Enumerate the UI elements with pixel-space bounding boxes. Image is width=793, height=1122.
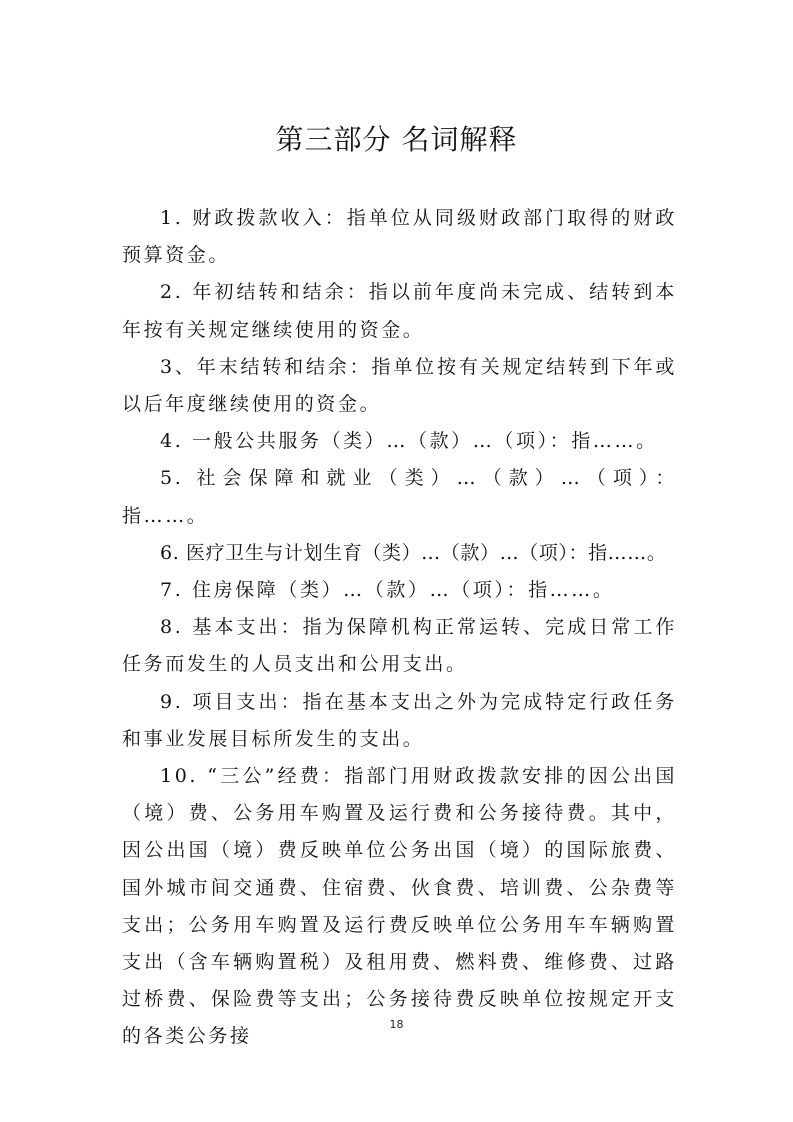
page-number: 18 <box>0 1018 793 1031</box>
definition-paragraph-1: 1. 财政拨款收入：指单位从同级财政部门取得的财政预算资金。 <box>122 200 677 274</box>
definition-paragraph-10: 10. “三公”经费：指部门用财政拨款安排的因公出国（境）费、公务用车购置及运行… <box>122 758 677 1056</box>
definition-paragraph-8: 8. 基本支出：指为保障机构正常运转、完成日常工作任务而发生的人员支出和公用支出… <box>122 609 677 683</box>
page-title: 第三部分 名词解释 <box>0 118 793 158</box>
document-body: 1. 财政拨款收入：指单位从同级财政部门取得的财政预算资金。 2. 年初结转和结… <box>122 200 677 1056</box>
definition-paragraph-2: 2. 年初结转和结余：指以前年度尚未完成、结转到本年按有关规定继续使用的资金。 <box>122 274 677 348</box>
definition-paragraph-7: 7. 住房保障（类）…（款）…（项）：指……。 <box>122 572 677 609</box>
definition-paragraph-4: 4. 一般公共服务（类）…（款）…（项）：指……。 <box>122 423 677 460</box>
definition-paragraph-6: 6. 医疗卫生与计划生育（类）…（款）…（项）：指……。 <box>122 535 677 572</box>
definition-paragraph-9: 9. 项目支出：指在基本支出之外为完成特定行政任务和事业发展目标所发生的支出。 <box>122 684 677 758</box>
definition-paragraph-3: 3、年末结转和结余：指单位按有关规定结转到下年或以后年度继续使用的资金。 <box>122 349 677 423</box>
definition-paragraph-5: 5. 社会保障和就业（类）…（款）…（项）：指……。 <box>122 460 677 534</box>
